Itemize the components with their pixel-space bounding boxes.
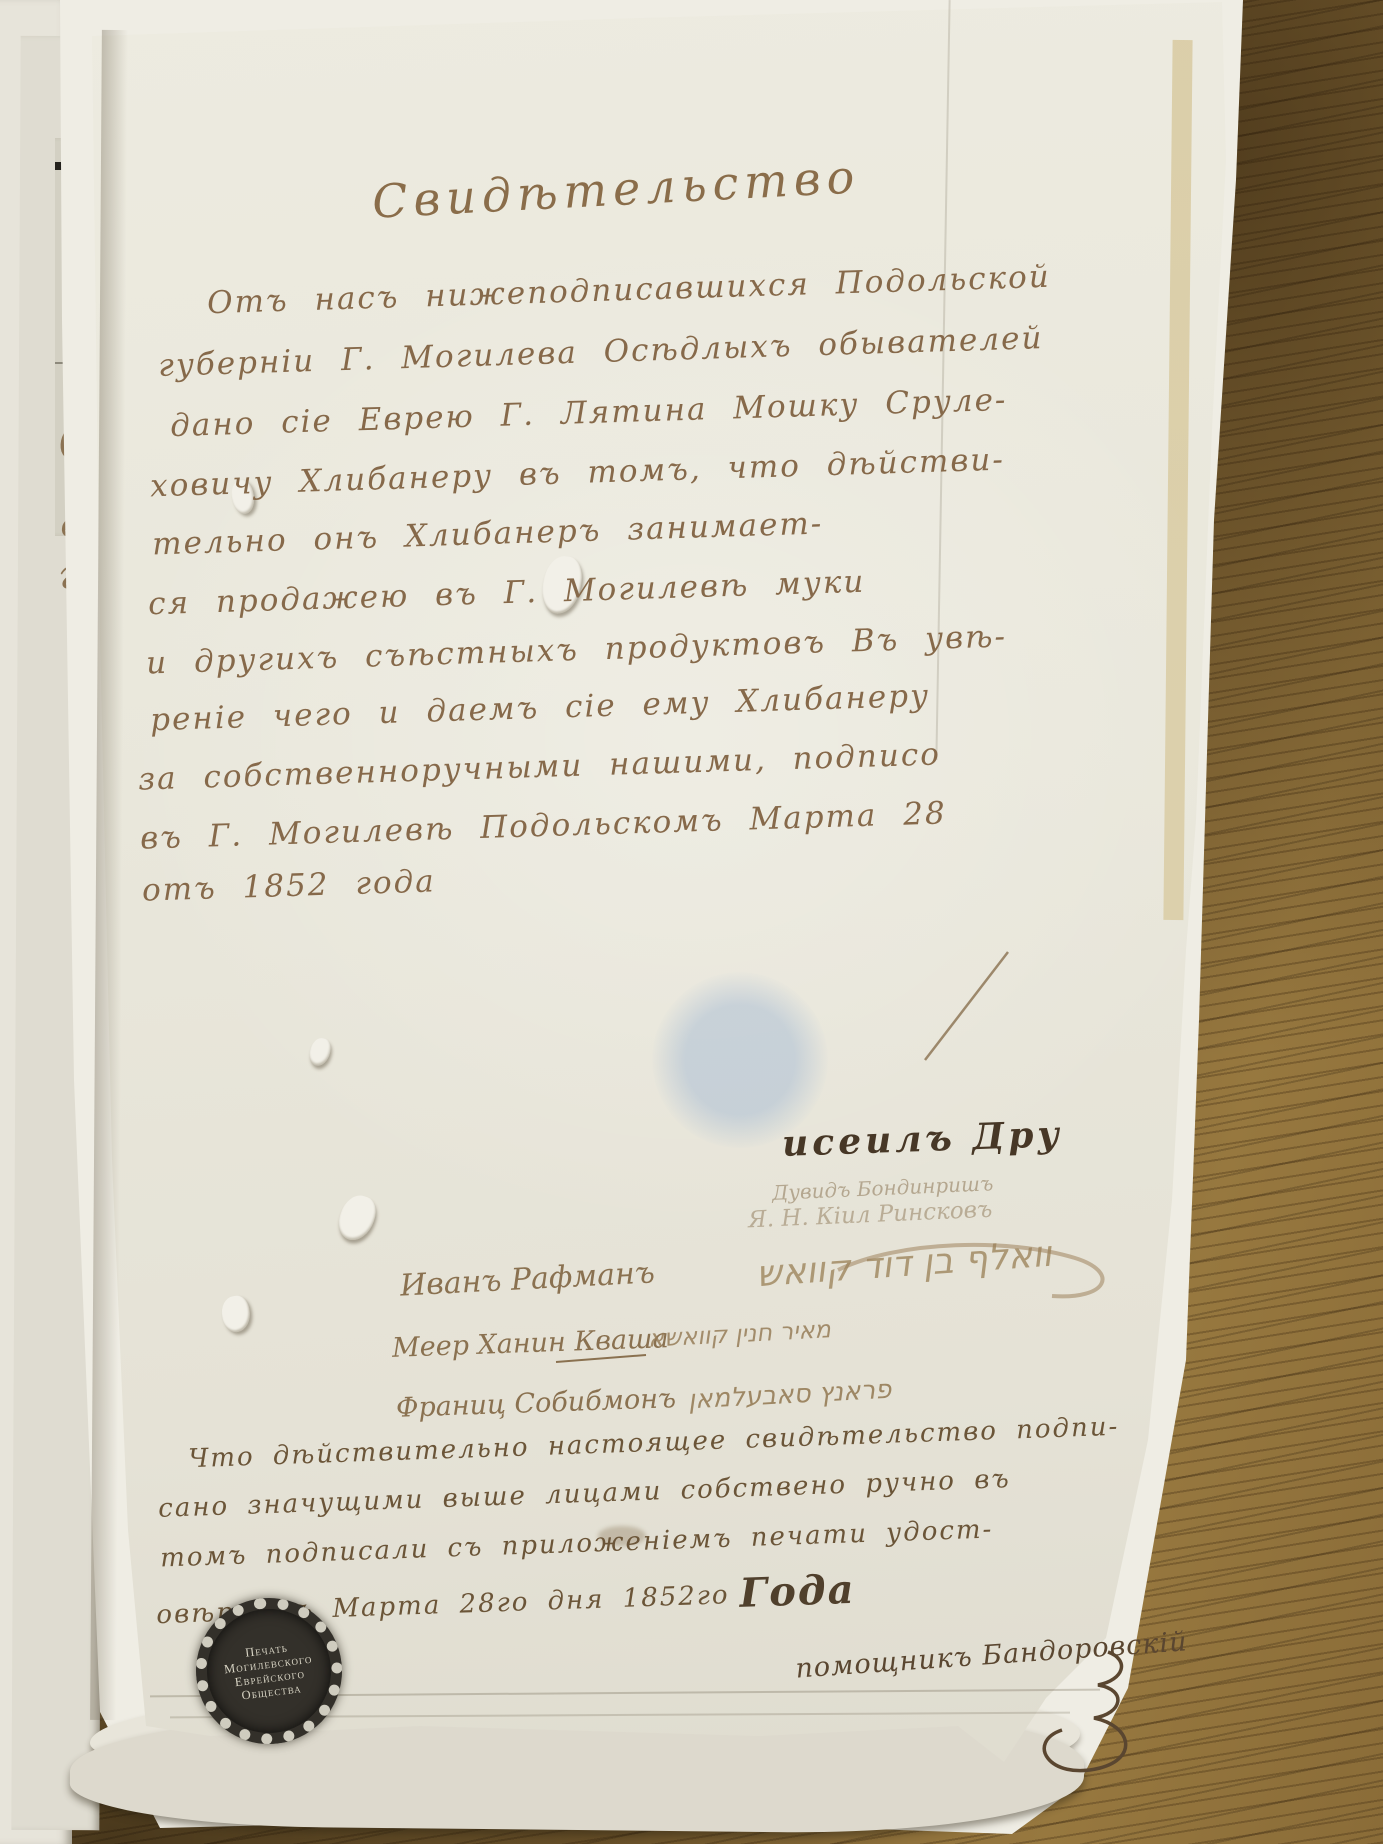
seal-text: Печать Могилевского Еврейского Общества [222,1638,317,1704]
certification-year-word: Года [739,1566,857,1617]
photo-of-document: Ка не, С е г Свидѣтельство Отъ насъ ниже… [0,0,1383,1844]
